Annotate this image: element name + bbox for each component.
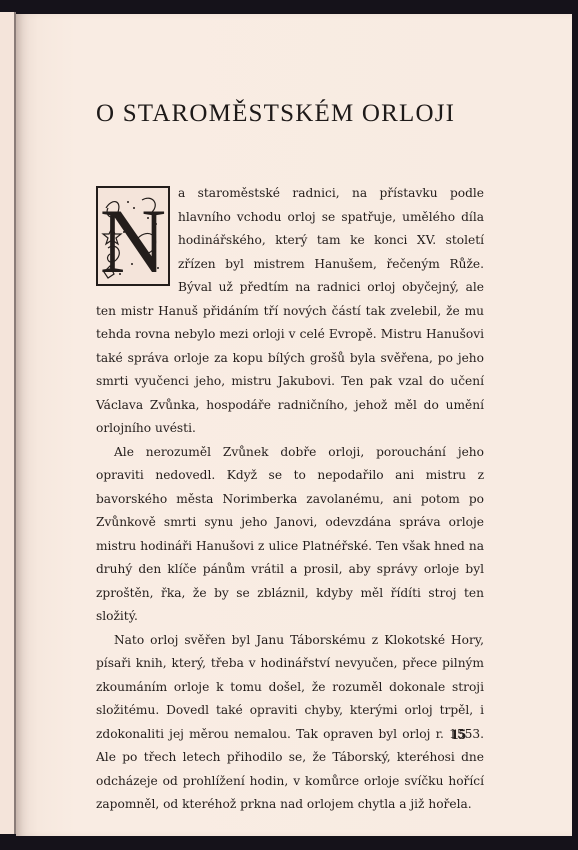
- book-page: O STAROMĚSTSKÉM ORLOJI N: [16, 14, 572, 836]
- chapter-title: O STAROMĚSTSKÉM ORLOJI: [96, 100, 496, 128]
- underlying-page-edge: [0, 12, 16, 834]
- body-text: N a staroměstské radnici, na přístavku p…: [96, 182, 484, 817]
- paragraph-3: Nato orloj svěřen byl Janu Táborskému z …: [96, 629, 484, 817]
- ornamental-drop-cap-icon: N: [96, 186, 170, 286]
- paragraph-2: Ale nerozuměl Zvůnek dobře orloji, porou…: [96, 441, 484, 629]
- page-number: 15: [451, 727, 466, 744]
- svg-text:N: N: [100, 190, 166, 284]
